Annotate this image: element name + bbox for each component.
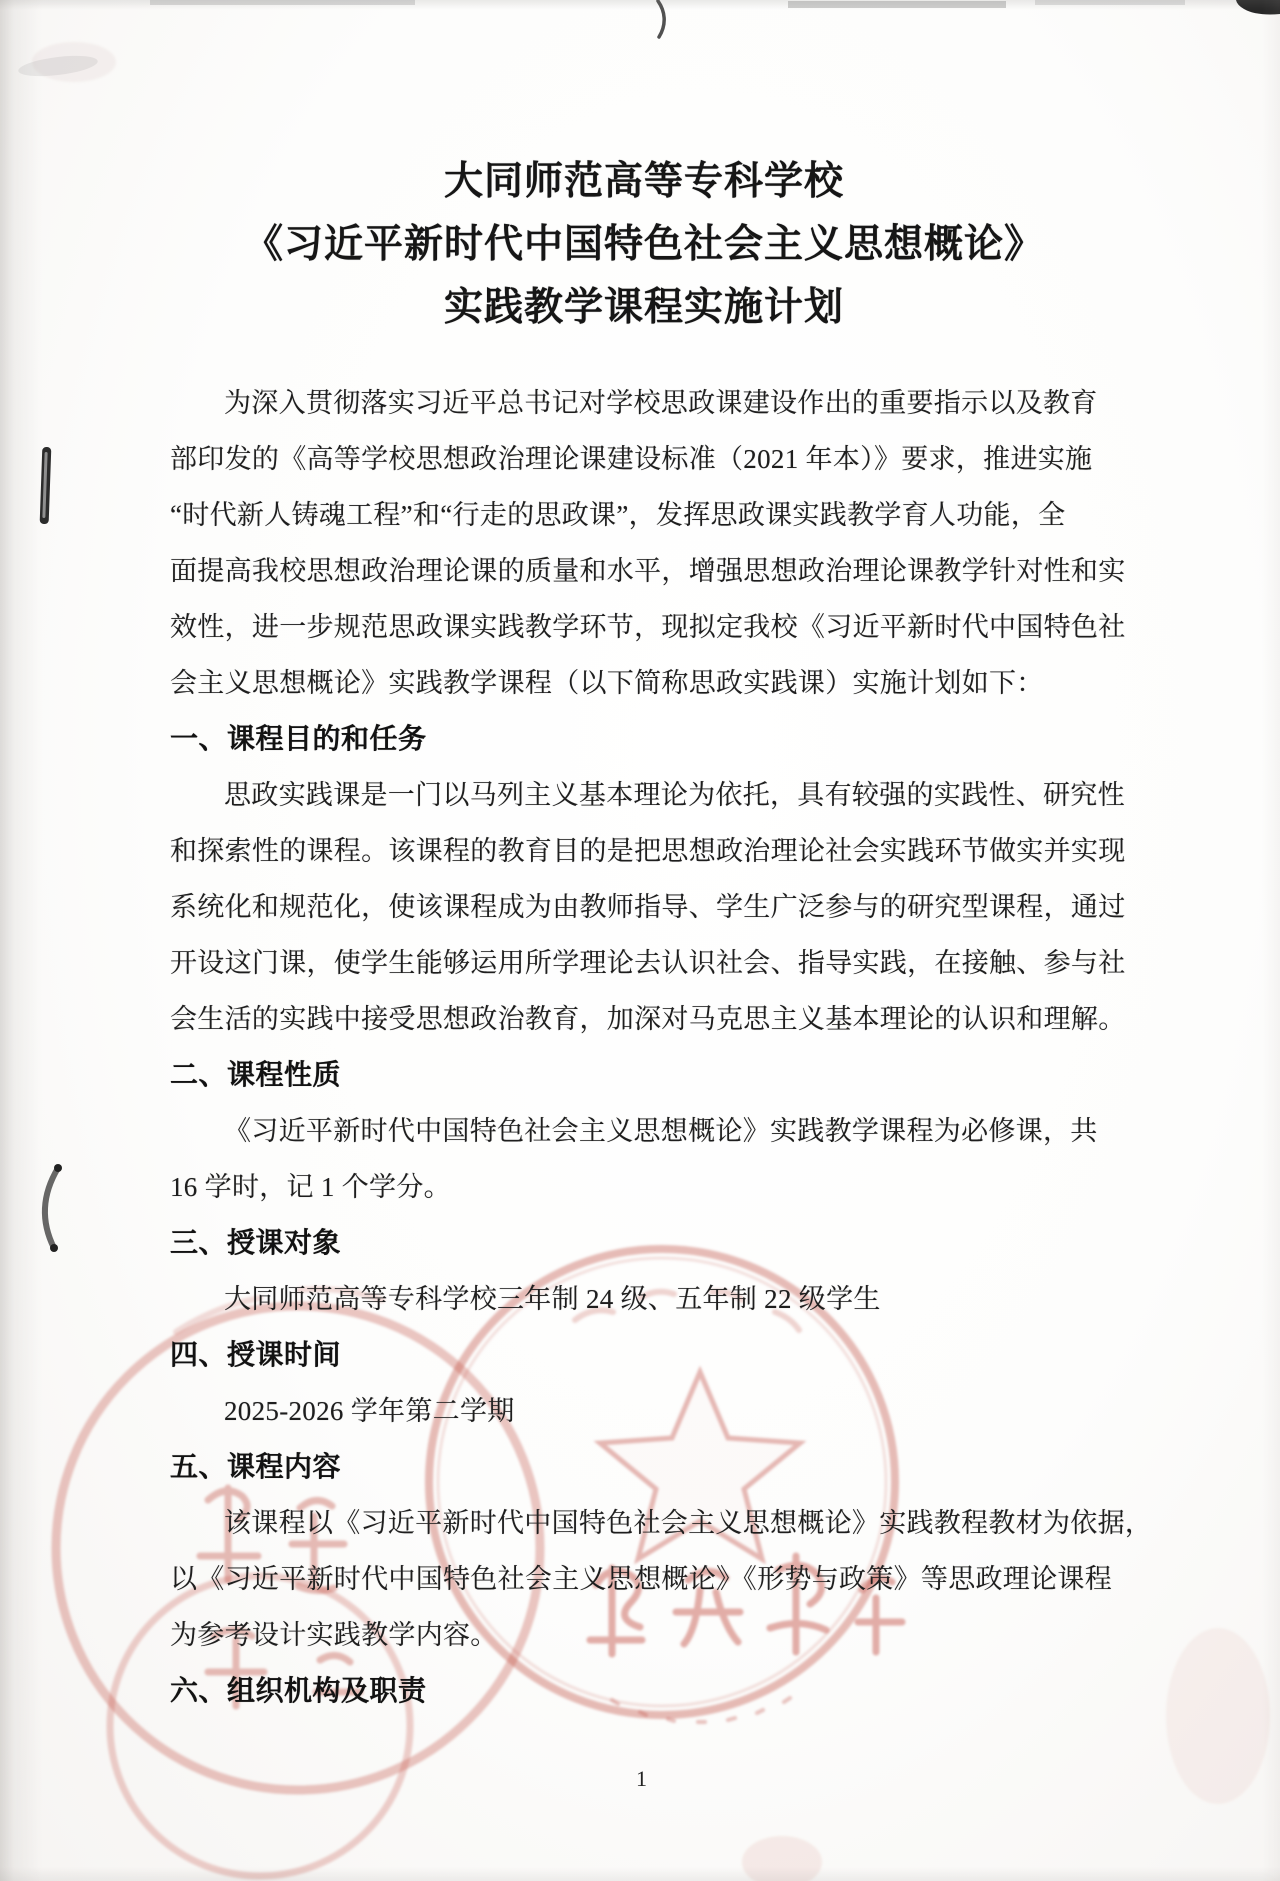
intro-line: 效性，进一步规范思政课实践教学环节，现拟定我校《习近平新时代中国特色社 xyxy=(170,599,1118,655)
intro-line: 为深入贯彻落实习近平总书记对学校思政课建设作出的重要指示以及教育 xyxy=(170,375,1118,431)
intro-line: 会主义思想概论》实践教学课程（以下简称思政实践课）实施计划如下： xyxy=(170,655,1118,711)
intro-line: 部印发的《高等学校思想政治理论课建设标准（2021 年本）》要求，推进实施 xyxy=(170,431,1118,487)
body-line: 以《习近平新时代中国特色社会主义思想概论》《形势与政策》等思政理论课程 xyxy=(170,1551,1118,1607)
scan-smudge xyxy=(150,0,415,5)
intro-line: “时代新人铸魂工程”和“行走的思政课”，发挥思政课实践教学育人功能，全 xyxy=(170,487,1118,543)
body-line: 开设这门课，使学生能够运用所学理论去认识社会、指导实践，在接触、参与社 xyxy=(170,935,1118,991)
section-heading-3: 三、授课对象 xyxy=(170,1215,1118,1271)
document-body: 大同师范高等专科学校 《习近平新时代中国特色社会主义思想概论》 实践教学课程实施… xyxy=(170,150,1118,1719)
section-heading-6: 六、组织机构及职责 xyxy=(170,1663,1118,1719)
body-line: 会生活的实践中接受思想政治教育，加深对马克思主义基本理论的认识和理解。 xyxy=(170,991,1118,1047)
section-heading-2: 二、课程性质 xyxy=(170,1047,1118,1103)
section-heading-4: 四、授课时间 xyxy=(170,1327,1118,1383)
pink-smudge xyxy=(32,42,116,82)
staple-icon-bottom xyxy=(45,1164,62,1252)
section-heading-1: 一、课程目的和任务 xyxy=(170,711,1118,767)
intro-line: 面提高我校思想政治理论课的质量和水平，增强思想政治理论课教学针对性和实 xyxy=(170,543,1118,599)
scan-smudge xyxy=(17,52,99,80)
body-line: 思政实践课是一门以马列主义基本理论为依托，具有较强的实践性、研究性 xyxy=(170,767,1118,823)
page-number: 1 xyxy=(636,1766,647,1792)
scanned-document-page: 大同师范高等专科学校 《习近平新时代中国特色社会主义思想概论》 实践教学课程实施… xyxy=(0,0,1280,1881)
body-line: 大同师范高等专科学校三年制 24 级、五年制 22 级学生 xyxy=(170,1271,1118,1327)
page-title-line-3: 实践教学课程实施计划 xyxy=(170,276,1118,339)
body-line: 16 学时，记 1 个学分。 xyxy=(170,1159,1118,1215)
page-title: 大同师范高等专科学校 《习近平新时代中国特色社会主义思想概论》 实践教学课程实施… xyxy=(170,150,1118,339)
body-line: 和探索性的课程。该课程的教育目的是把思想政治理论社会实践环节做实并实现 xyxy=(170,823,1118,879)
staple-icon-top xyxy=(40,447,52,524)
intro-paragraph: 为深入贯彻落实习近平总书记对学校思政课建设作出的重要指示以及教育 部印发的《高等… xyxy=(170,375,1118,711)
body-line: 为参考设计实践教学内容。 xyxy=(170,1607,1118,1663)
body-line: 该课程以《习近平新时代中国特色社会主义思想概论》实践教程教材为依据， xyxy=(170,1495,1118,1551)
body-line: 系统化和规范化，使该课程成为由教师指导、学生广泛参与的研究型课程，通过 xyxy=(170,879,1118,935)
scan-smudge xyxy=(1035,0,1185,5)
corner-smudge xyxy=(1236,0,1280,14)
section-heading-5: 五、课程内容 xyxy=(170,1439,1118,1495)
body-line: 《习近平新时代中国特色社会主义思想概论》实践教学课程为必修课，共 xyxy=(170,1103,1118,1159)
page-title-line-2: 《习近平新时代中国特色社会主义思想概论》 xyxy=(170,213,1118,276)
scan-smudge xyxy=(788,1,1006,8)
scan-hook-mark xyxy=(658,1,664,37)
pink-smudge xyxy=(1166,1628,1270,1804)
page-title-line-1: 大同师范高等专科学校 xyxy=(170,150,1118,213)
body-line: 2025-2026 学年第二学期 xyxy=(170,1383,1118,1439)
pink-smudge xyxy=(742,1836,822,1881)
